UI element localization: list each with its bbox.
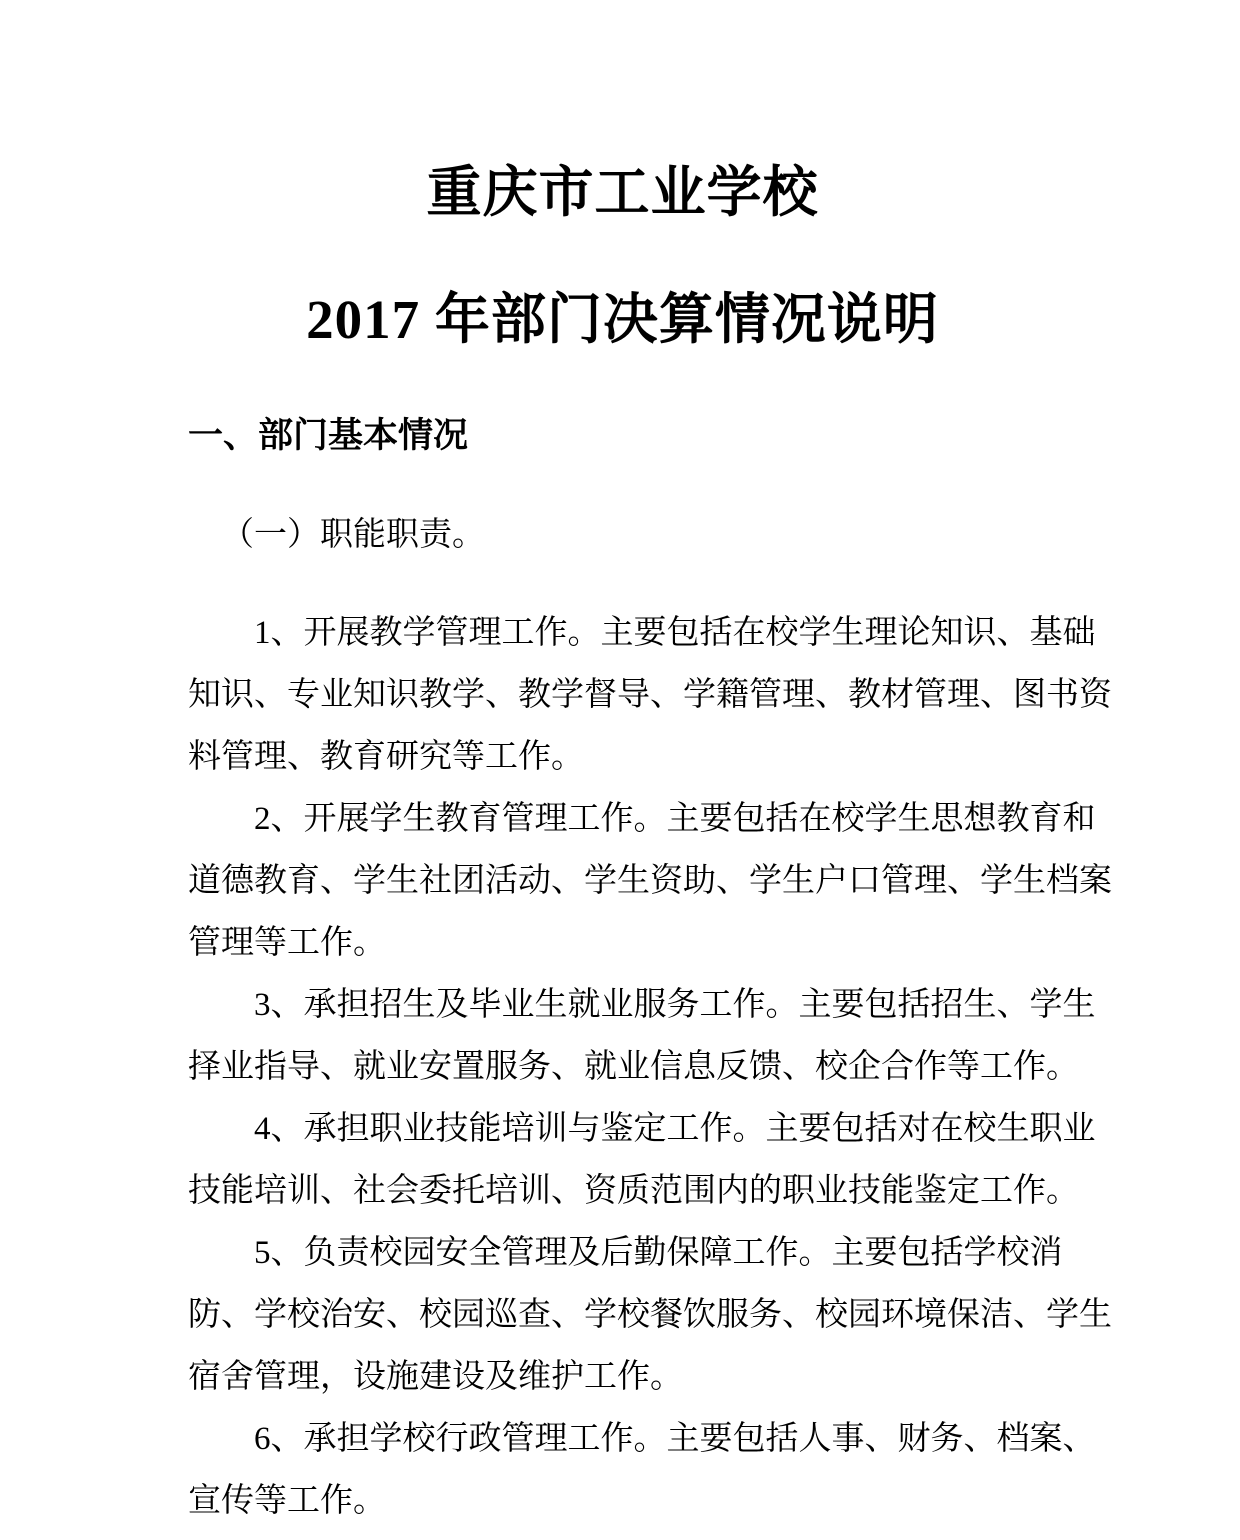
body-line: 2、开展学生教育管理工作。主要包括在校学生思想教育和 [188, 788, 1057, 850]
body-line: 道德教育、学生社团活动、学生资助、学生户口管理、学生档案 [188, 850, 1057, 912]
body-line: 管理等工作。 [188, 912, 1057, 974]
subsection-heading: （一）职能职责。 [188, 512, 1057, 558]
body-line: 技能培训、社会委托培训、资质范围内的职业技能鉴定工作。 [188, 1160, 1057, 1222]
section-heading: 一、部门基本情况 [188, 413, 1057, 459]
body-line: 防、学校治安、校园巡查、学校餐饮服务、校园环境保洁、学生 [188, 1284, 1057, 1346]
body-line: 料管理、教育研究等工作。 [188, 726, 1057, 788]
body-line: 知识、专业知识教学、教学督导、学籍管理、教材管理、图书资 [188, 664, 1057, 726]
body-line: 宿舍管理，设施建设及维护工作。 [188, 1346, 1057, 1408]
body-line: 3、承担招生及毕业生就业服务工作。主要包括招生、学生 [188, 974, 1057, 1036]
document-subtitle: 2017 年部门决算情况说明 [188, 285, 1057, 355]
body-line: 5、负责校园安全管理及后勤保障工作。主要包括学校消 [188, 1222, 1057, 1284]
body-line: 1、开展教学管理工作。主要包括在校学生理论知识、基础 [188, 602, 1057, 664]
body-line: 4、承担职业技能培训与鉴定工作。主要包括对在校生职业 [188, 1098, 1057, 1160]
document-body: 1、开展教学管理工作。主要包括在校学生理论知识、基础知识、专业知识教学、教学督导… [188, 602, 1057, 1532]
document-title: 重庆市工业学校 [188, 158, 1057, 228]
body-line: 宣传等工作。 [188, 1470, 1057, 1532]
document-page: 重庆市工业学校 2017 年部门决算情况说明 一、部门基本情况 （一）职能职责。… [0, 0, 1240, 1540]
body-line: 6、承担学校行政管理工作。主要包括人事、财务、档案、 [188, 1408, 1057, 1470]
body-line: 择业指导、就业安置服务、就业信息反馈、校企合作等工作。 [188, 1036, 1057, 1098]
